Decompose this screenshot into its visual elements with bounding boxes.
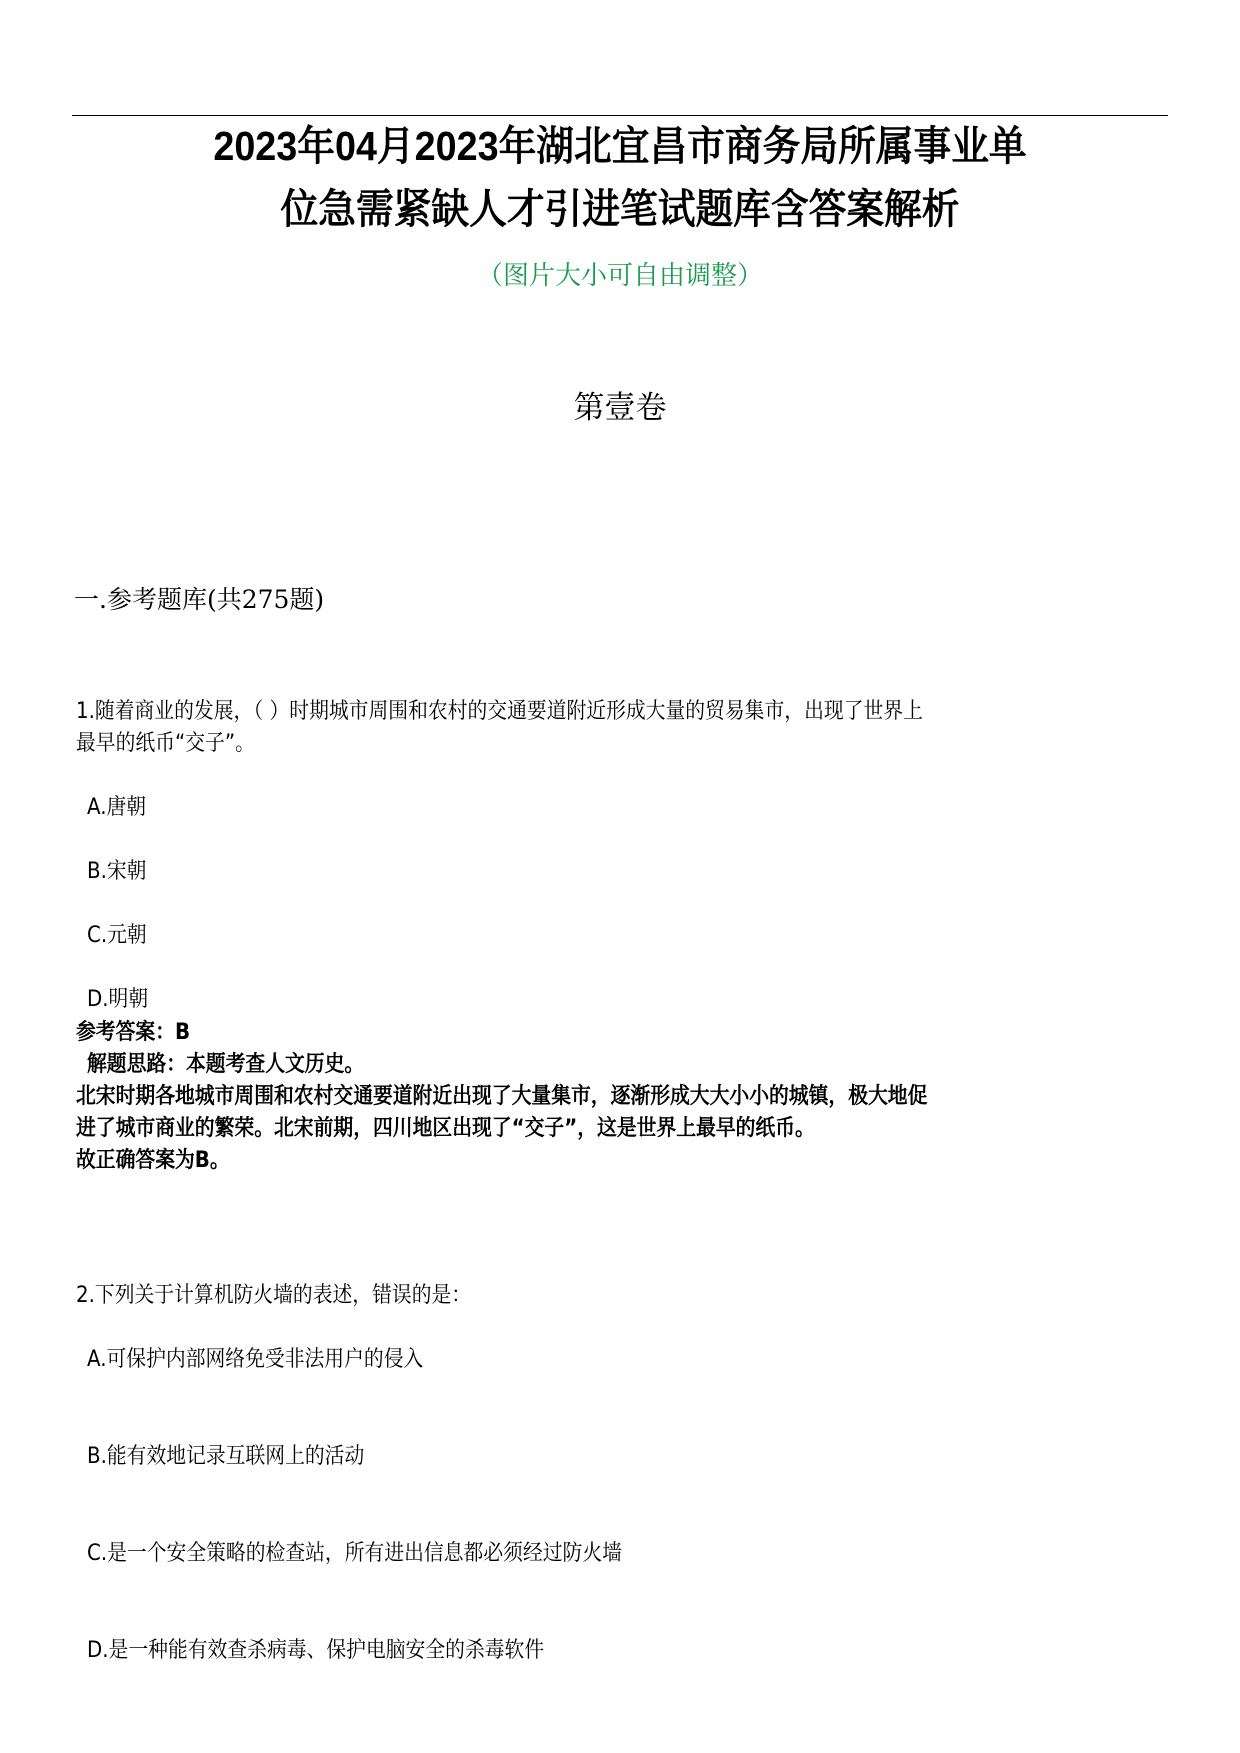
image-resize-note: （图片大小可自由调整）	[0, 258, 1240, 294]
option-d: D.明朝	[87, 984, 155, 1016]
analysis-line-2: 进了城市商业的繁荣。北宋前期，四川地区出现了“交子”，这是世界上最早的纸币。	[76, 1113, 1176, 1145]
option-c: C.元朝	[87, 920, 153, 952]
document-title-line-2: 位急需紧缺人才引进笔试题库含答案解析	[116, 178, 1124, 240]
option-a: A.唐朝	[87, 792, 153, 824]
option-a: A.可保护内部网络免受非法用户的侵入	[87, 1344, 461, 1376]
option-d: D.是一种能有效查杀病毒、保护电脑安全的杀毒软件	[87, 1635, 595, 1667]
option-b: B.宋朝	[87, 856, 153, 888]
analysis-line-1: 北宋时期各地城市周围和农村交通要道附近出现了大量集市，逐渐形成大大小小的城镇，极…	[76, 1081, 1176, 1113]
option-c: C.是一个安全策略的检查站，所有进出信息都必须经过防火墙	[87, 1538, 681, 1570]
question-stem-line-2: 最早的纸币“交子”。	[76, 728, 1166, 760]
question-stem-line-1: 2.下列关于计算机防火墙的表述，错误的是：	[76, 1280, 1166, 1312]
option-b: B.能有效地记录互联网上的活动	[87, 1441, 395, 1473]
answer-label: 参考答案：B	[76, 1017, 1176, 1049]
section-heading: 一.参考题库(共275题)	[74, 583, 324, 617]
answer-conclusion: 故正确答案为B。	[76, 1145, 1176, 1177]
volume-heading: 第壹卷	[0, 388, 1240, 428]
document-title-line-1: 2023年04月2023年湖北宜昌市商务局所属事业单	[116, 115, 1124, 177]
question-stem-line-1: 1.随着商业的发展，（ ）时期城市周围和农村的交通要道附近形成大量的贸易集市，出…	[76, 696, 1166, 728]
analysis-title: 解题思路：本题考查人文历史。	[87, 1049, 1187, 1081]
document-page: 2023年04月2023年湖北宜昌市商务局所属事业单 位急需紧缺人才引进笔试题库…	[0, 0, 1240, 1753]
